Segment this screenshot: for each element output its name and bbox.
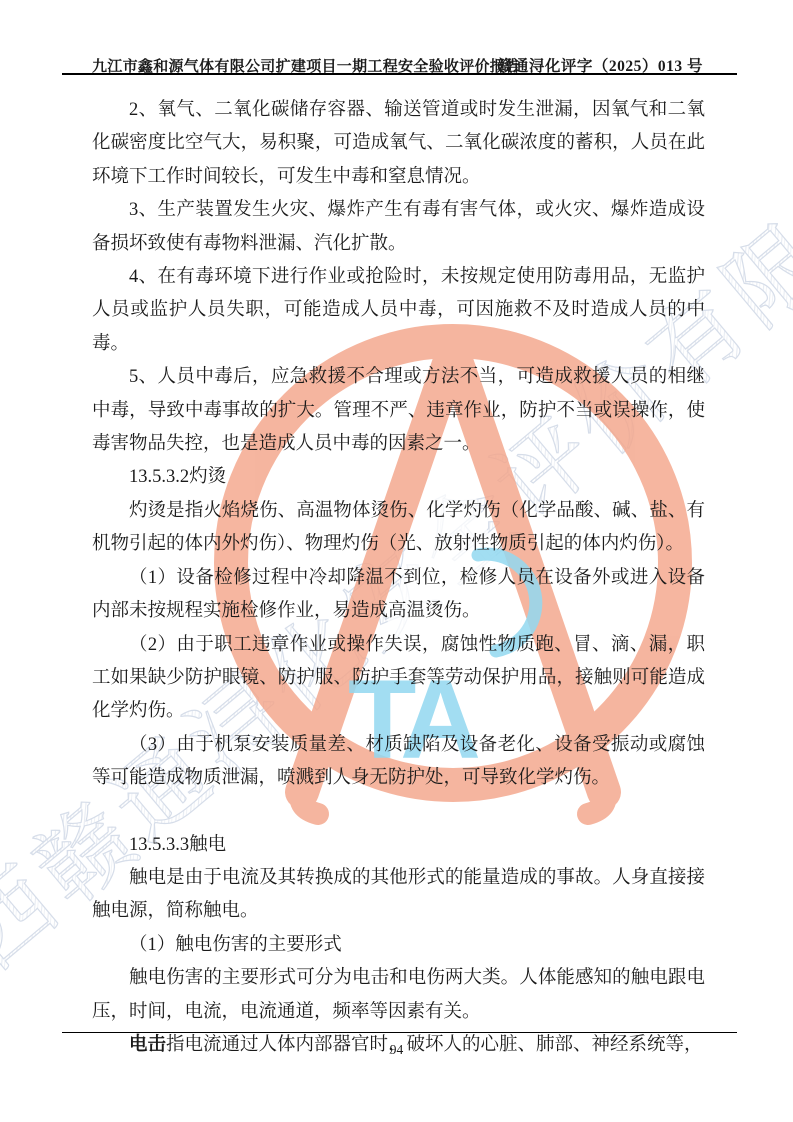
paragraph: （2）由于职工违章作业或操作失误，腐蚀性物质跑、冒、滴、漏，职工如果缺少防护眼镜… <box>92 629 705 729</box>
paragraph: （1）设备检修过程中冷却降温不到位，检修人员在设备外或进入设备内部未按规程实施检… <box>92 562 705 629</box>
section-heading-electric-shock: 13.5.3.3触电 <box>92 829 705 862</box>
header-divider <box>62 73 737 75</box>
paragraph: 4、在有毒环境下进行作业或抢险时，未按规定使用防毒用品，无监护人员或监护人员失职… <box>92 261 705 361</box>
paragraph: 5、人员中毒后，应急救援不合理或方法不当，可造成救援人员的相继中毒，导致中毒事故… <box>92 361 705 461</box>
page-number: 94 <box>0 1042 793 1058</box>
paragraph: 灼烫是指火焰烧伤、高温物体烫伤、化学灼伤（化学品酸、碱、盐、有机物引起的体内外灼… <box>92 495 705 562</box>
page-body: 2、氧气、二氧化碳储存容器、输送管道或时发生泄漏，因氧气和二氧化碳密度比空气大，… <box>92 94 705 1062</box>
paragraph: 触电是由于电流及其转换成的其他形式的能量造成的事故。人身直接接触电源，简称触电。 <box>92 862 705 929</box>
paragraph: （3）由于机泵安装质量差、材质缺陷及设备老化、设备受振动或腐蚀等可能造成物质泄漏… <box>92 729 705 796</box>
paragraph: 3、生产装置发生火灾、爆炸产生有毒有害气体，或火灾、爆炸造成设备损坏致使有毒物料… <box>92 194 705 261</box>
subsection-heading: （1）触电伤害的主要形式 <box>92 929 705 962</box>
document-page: 江西赣通浔化安全评价有限公司 TA 九江市鑫和源气体有限公司扩建项目一期工程安全… <box>0 0 793 1122</box>
paragraph: 2、氧气、二氧化碳储存容器、输送管道或时发生泄漏，因氧气和二氧化碳密度比空气大，… <box>92 94 705 194</box>
paragraph: 触电伤害的主要形式可分为电击和电伤两大类。人体能感知的触电跟电压，时间，电流，电… <box>92 962 705 1029</box>
section-heading-scald: 13.5.3.2灼烫 <box>92 461 705 494</box>
